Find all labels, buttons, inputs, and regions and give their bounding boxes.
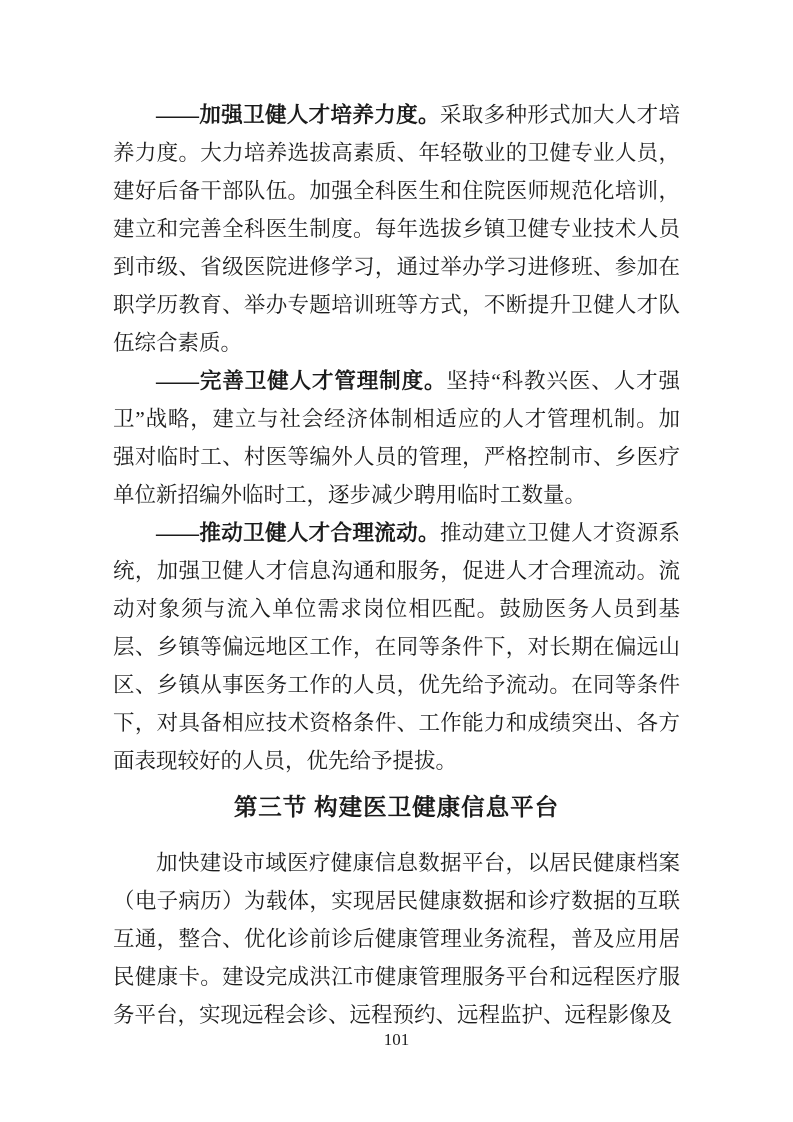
document-page: ——加强卫健人才培养力度。采取多种形式加大人才培养力度。大力培养选拔高素质、年轻… [0, 0, 793, 1122]
document-text-block: ——加强卫健人才培养力度。采取多种形式加大人才培养力度。大力培养选拔高素质、年轻… [113, 96, 680, 1034]
paragraph-promote-talent-mobility: ——推动卫健人才合理流动。推动建立卫健人才资源系统，加强卫健人才信息沟通和服务，… [113, 514, 680, 780]
paragraph-text: 推动建立卫健人才资源系统，加强卫健人才信息沟通和服务，促进人才合理流动。流动对象… [113, 521, 680, 773]
paragraph-strengthen-talent-training: ——加强卫健人才培养力度。采取多种形式加大人才培养力度。大力培养选拔高素质、年轻… [113, 96, 680, 362]
paragraph-improve-talent-management: ——完善卫健人才管理制度。坚持“科教兴医、人才强卫”战略，建立与社会经济体制相适… [113, 362, 680, 514]
paragraph-lead: ——加强卫健人才培养力度。 [156, 103, 440, 127]
section-heading: 第三节 构建医卫健康信息平台 [113, 788, 680, 828]
paragraph-text: 加快建设市域医疗健康信息数据平台，以居民健康档案（电子病历）为载体，实现居民健康… [113, 851, 680, 1027]
page-number: 101 [0, 1028, 793, 1052]
paragraph-health-info-platform: 加快建设市域医疗健康信息数据平台，以居民健康档案（电子病历）为载体，实现居民健康… [113, 844, 680, 1034]
paragraph-text: 采取多种形式加大人才培养力度。大力培养选拔高素质、年轻敬业的卫健专业人员，建好后… [113, 103, 680, 355]
paragraph-lead: ——推动卫健人才合理流动。 [156, 521, 440, 545]
paragraph-lead: ——完善卫健人才管理制度。 [156, 369, 446, 393]
